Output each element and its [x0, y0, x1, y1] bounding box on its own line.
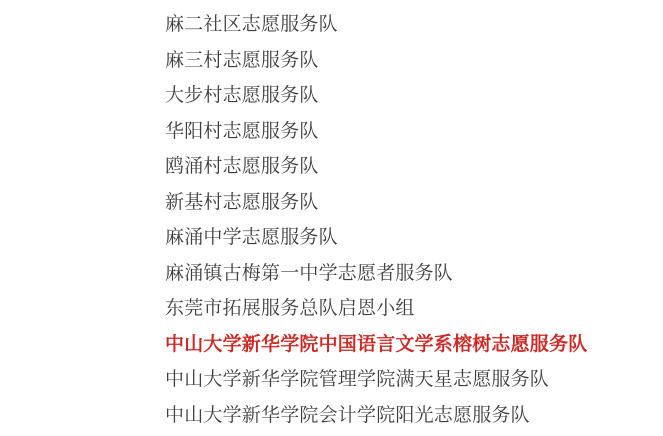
- list-item: 中山大学新华学院会计学院阳光志愿服务队: [165, 398, 663, 434]
- list-item: 中山大学新华学院管理学院满天星志愿服务队: [165, 362, 663, 398]
- list-item: 新基村志愿服务队: [165, 185, 663, 221]
- list-item: 麻涌镇古梅第一中学志愿者服务队: [165, 256, 663, 292]
- list-item: 鸥涌村志愿服务队: [165, 149, 663, 185]
- list-item: 麻涌中学志愿服务队: [165, 220, 663, 256]
- list-item: 麻二社区志愿服务队: [165, 7, 663, 43]
- list-item: 麻三村志愿服务队: [165, 43, 663, 79]
- list-item: 东莞市拓展服务总队启恩小组: [165, 291, 663, 327]
- team-name-list: 麻二社区志愿服务队 麻三村志愿服务队 大步村志愿服务队 华阳村志愿服务队 鸥涌村…: [165, 7, 663, 433]
- document-page: 麻二社区志愿服务队 麻三村志愿服务队 大步村志愿服务队 华阳村志愿服务队 鸥涌村…: [0, 0, 663, 436]
- list-item: 华阳村志愿服务队: [165, 114, 663, 150]
- list-item: 大步村志愿服务队: [165, 78, 663, 114]
- list-item-highlighted: 中山大学新华学院中国语言文学系榕树志愿服务队: [165, 327, 663, 363]
